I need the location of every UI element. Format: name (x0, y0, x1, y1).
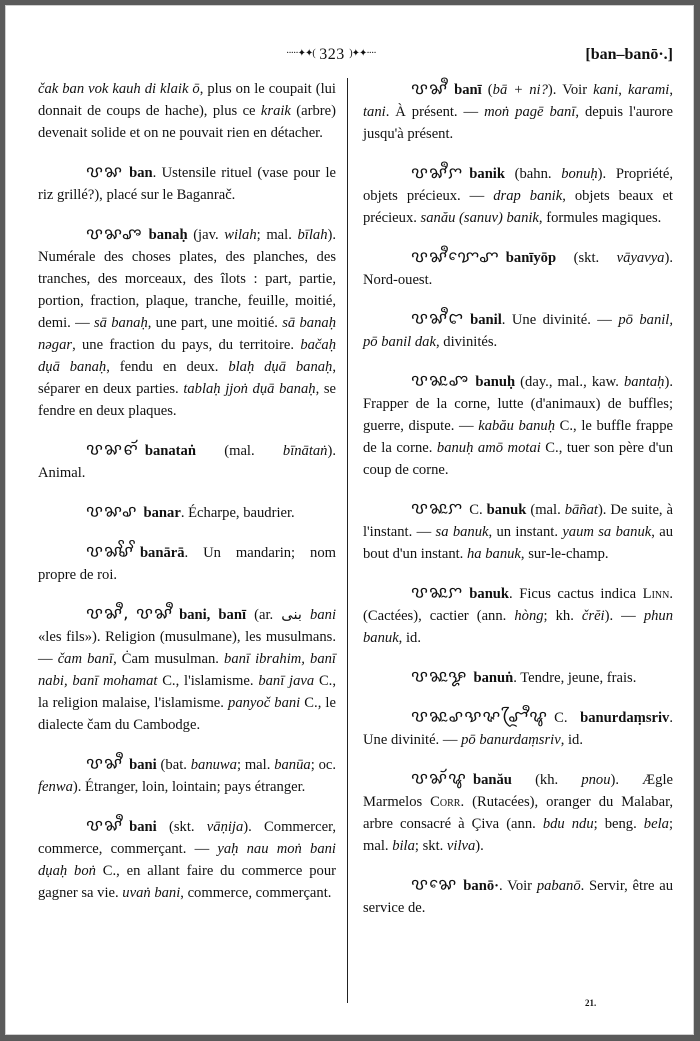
cham-script-headword: ꨝꨗꨭꨋ (387, 667, 467, 688)
headword: banar (144, 505, 181, 521)
definition-text: ; skt. (415, 838, 447, 854)
example-italic: bdu ndu (543, 816, 594, 832)
dictionary-entry-banah: ꨝꨗꨨbanaḥ (jav. wilah; mal. bīlah). Numér… (38, 223, 336, 422)
definition-text: ; kh. (544, 608, 582, 624)
definition-text: , (669, 82, 673, 98)
dictionary-entry-banik: ꨝꨗꨫꨆbanik (bahn. bonuḥ). Propriété, obje… (363, 162, 673, 229)
definition-text: , sur-le-champ. (521, 546, 609, 562)
page-header: ·····✦✦( 323 )✦✦···· [ban–banō·.] (6, 46, 693, 72)
headword: banuṅ (473, 670, 513, 686)
dictionary-entry-banuk-ficus: ꨝꨗꨭꨆbanuk. Ficus cactus indica Linn. (Ca… (363, 582, 673, 649)
example-italic: vilva (447, 838, 475, 854)
dictionary-entry-bani-present: ꨝꨗꨫbanī (bā + ni?). Voir kani, karami, t… (363, 78, 673, 145)
example-italic: bāñat (565, 502, 598, 518)
example-italic: črĕi (582, 608, 605, 624)
dictionary-entry-banatan: ꨝꨗꨓꨮbanataṅ (mal. bīnātaṅ). Animal. (38, 439, 336, 484)
example-italic: vāyavya (617, 250, 665, 266)
example-italic: banūa (274, 757, 310, 773)
example-italic: bani (310, 607, 336, 623)
example-italic: bila (392, 838, 415, 854)
definition-text: ). (475, 838, 484, 854)
headword: banō· (463, 878, 499, 894)
dictionary-entry-baniyop: ꨝꨗꨫꨢꨯꨚbanīyōp (skt. vāyavya). Nord-ouest… (363, 246, 673, 291)
definition-text: ). Étranger, loin, lointain; pays étrang… (73, 779, 305, 795)
example-italic: pō banurdaṃsriv (461, 732, 561, 748)
headword: bani (129, 757, 157, 773)
example-italic: pnou (581, 772, 610, 788)
left-column: čak ban vok kauh di klaik ō, plus on le … (38, 78, 336, 921)
definition-text: ; beng. (594, 816, 644, 832)
example-italic: uvaṅ bani (122, 885, 180, 901)
example-italic: kani (593, 82, 618, 98)
example-italic: bā + ni? (493, 82, 548, 98)
definition-text: . Ficus cactus indica (509, 586, 643, 602)
dictionary-entry-cont: čak ban vok kauh di klaik ō, plus on le … (38, 78, 336, 144)
dictionary-entry-banuh: ꨝꨗꨭꨨbanuḥ (day., mal., kaw. bantaḥ). Fra… (363, 370, 673, 481)
cham-script-headword: ꨝꨗꨫꨤ (387, 309, 464, 330)
dictionary-entry-banar: ꨝꨗꨣbanar. Écharpe, baudrier. (38, 501, 336, 524)
running-head: [ban–banō·.] (585, 46, 673, 64)
dictionary-entry-ban: ꨝꨗban. Ustensile rituel (vase pour le ri… (38, 161, 336, 206)
headword: banuk (487, 502, 527, 518)
definition-text: , id. (399, 630, 421, 646)
cham-script-headword: ꨝꨗꨓꨮ (62, 440, 139, 461)
example-italic: bīnātaṅ (283, 443, 328, 459)
cham-script-headword: ꨝꨗꨭꨣꨕꨟꨧꨴꨫꨥ (387, 707, 548, 728)
cham-script-headword: ꨝꨗꨭꨆ (387, 499, 463, 520)
example-italic: čak ban vok kauh di klaik ō (38, 81, 200, 97)
example-italic: tablaḥ jjoṅ dụā banaḥ (183, 381, 315, 397)
example-italic: panyoč bani (228, 695, 300, 711)
cham-script-headword: ꨝꨗꨭꨆ (387, 583, 463, 604)
definition-text: , une part, une moitié. (148, 315, 283, 331)
definition-text: . Une divinité. — (502, 312, 619, 328)
definition-text: , un instant. (489, 524, 563, 540)
definition-text: , commerce, commerçant. (180, 885, 331, 901)
definition-text: , Ċam musulman. (113, 651, 224, 667)
example-italic: sa banuk (436, 524, 489, 540)
definition-text: (kh. (512, 772, 581, 788)
definition-text: (bat. (157, 757, 191, 773)
example-italic: blaḥ dụā banaḥ (228, 359, 332, 375)
definition-text: C. (469, 502, 486, 518)
cham-script-headword: ꨝꨗꨩꨣꨩ (62, 542, 134, 563)
page-sheet: ·····✦✦( 323 )✦✦···· [ban–banō·.] čak ba… (5, 5, 694, 1035)
example-italic: tani (363, 104, 386, 120)
dictionary-entry-bano: ꨝꨗꨯbanō·. Voir pabanō. Servir, être au s… (363, 874, 673, 919)
headword: banurdaṃsriv (580, 710, 669, 726)
definition-text: . À présent. — (386, 104, 484, 120)
headword: bani, banī (179, 607, 246, 623)
dictionary-entry-banun: ꨝꨗꨭꨋbanuṅ. Tendre, jeune, frais. (363, 666, 673, 689)
example-italic: banuḥ amō motai (437, 440, 541, 456)
example-italic: bonuḥ (561, 166, 597, 182)
definition-text: , une fraction du pays, du territoire. (72, 337, 300, 353)
definition-text: (mal. (196, 443, 283, 459)
definition-text: (jav. (188, 227, 225, 243)
cham-script-headword: ꨝꨗ (62, 162, 123, 183)
definition-text: (day., mal., kaw. (515, 374, 624, 390)
signature-mark: 21. (585, 998, 596, 1008)
definition-text: ; oc. (311, 757, 336, 773)
example-italic: wilah (224, 227, 256, 243)
example-italic: drap banik (493, 188, 562, 204)
example-italic: kabău banuḥ (478, 418, 555, 434)
headword: banău (473, 772, 512, 788)
dictionary-entry-bani-commerce: ꨝꨗꨫbani (skt. vāṇija). Commercer, commer… (38, 815, 336, 904)
definition-text: ). — (605, 608, 644, 624)
right-column: ꨝꨗꨫbanī (bā + ni?). Voir kani, karami, t… (363, 78, 673, 936)
definition-text: C. (554, 710, 580, 726)
definition-text: ; mal. (257, 227, 298, 243)
headword: banik (469, 166, 505, 182)
cham-script-headword: ꨝꨗꨫ (387, 79, 448, 100)
definition-text: (mal. (526, 502, 564, 518)
headword: banārā (140, 545, 185, 561)
definition-text: . Écharpe, baudrier. (181, 505, 295, 521)
definition-text: (ar. بنى (246, 607, 310, 623)
ornament-left-icon: ·····✦✦( (286, 48, 315, 59)
page-number-value: 323 (319, 46, 345, 63)
dictionary-entry-banara: ꨝꨗꨩꨣꨩbanārā. Un mandarin; nom propre de … (38, 541, 336, 586)
definition-text: (bahn. (505, 166, 561, 182)
column-divider (347, 78, 348, 1003)
headword: ban (129, 165, 153, 181)
headword: banī (454, 82, 482, 98)
definition-text: , formules magiques. (539, 210, 661, 226)
headword: banuḥ (475, 374, 515, 390)
dictionary-entry-banau: ꨝꨗꨮꨥbanău (kh. pnou). Ægle Marmelos Corr… (363, 768, 673, 857)
authority-smallcaps: Corr. (430, 794, 464, 810)
dictionary-entry-banurdamsriv: ꨝꨗꨭꨣꨕꨟꨧꨴꨫꨥC. banurdaṃsriv. Une divinité.… (363, 706, 673, 751)
cham-script-headword: ꨝꨗꨣ (62, 502, 138, 523)
dictionary-entry-bani-religion: ꨝꨗꨫ, ꨝꨗꨫbani, banī (ar. بنى bani «les fi… (38, 603, 336, 736)
example-italic: moṅ pagē banī (484, 104, 575, 120)
authority-smallcaps: Linn. (643, 586, 673, 602)
dictionary-entry-bani-etranger: ꨝꨗꨫbani (bat. banuwa; mal. banūa; oc. fe… (38, 753, 336, 798)
example-italic: yaum sa banuk (562, 524, 651, 540)
definition-text: ( (482, 82, 493, 98)
definition-text: (skt. (556, 250, 617, 266)
example-italic: čam banī (58, 651, 113, 667)
headword: banuk (469, 586, 509, 602)
example-italic: bela (644, 816, 669, 832)
headword: banataṅ (145, 443, 196, 459)
definition-text: , divinités. (436, 334, 497, 350)
headword: banil (470, 312, 502, 328)
headword: bani (129, 819, 157, 835)
example-italic: bīlah (298, 227, 328, 243)
cham-script-headword: ꨝꨗꨭꨨ (387, 371, 469, 392)
example-italic: hòng (514, 608, 543, 624)
example-italic: fenwa (38, 779, 73, 795)
example-italic: sā banaḥ (94, 315, 148, 331)
example-italic: banuwa (191, 757, 237, 773)
example-italic: vāṇija (207, 819, 243, 835)
definition-text: (skt. (157, 819, 207, 835)
definition-text: , fendu en deux. (106, 359, 228, 375)
dictionary-entry-banil: ꨝꨗꨫꨤbanil. Une divinité. — pō banil, pō … (363, 308, 673, 353)
cham-script-headword: ꨝꨗꨫ (62, 754, 123, 775)
definition-text: ; mal. (237, 757, 274, 773)
headword: banaḥ (149, 227, 188, 243)
cham-script-headword: ꨝꨗꨫ, ꨝꨗꨫ (62, 604, 173, 625)
dictionary-entry-banuk-instant: ꨝꨗꨭꨆC. banuk (mal. bāñat). De suite, à l… (363, 498, 673, 565)
ornament-right-icon: )✦✦···· (349, 48, 375, 59)
example-italic: banī java (258, 673, 314, 689)
definition-text: . Tendre, jeune, frais. (513, 670, 636, 686)
cham-script-headword: ꨝꨗꨫ (62, 816, 123, 837)
definition-text: , (618, 82, 628, 98)
definition-text: , id. (561, 732, 583, 748)
example-italic: kraik (261, 103, 291, 119)
cham-script-headword: ꨝꨗꨫꨆ (387, 163, 463, 184)
example-italic: bantaḥ (624, 374, 665, 390)
example-italic: ha banuk (467, 546, 521, 562)
page-number: ·····✦✦( 323 )✦✦···· (286, 46, 376, 64)
definition-text: ). Voir (548, 82, 593, 98)
example-italic: sanău (sanuv) banik (421, 210, 539, 226)
cham-script-headword: ꨝꨗꨮꨥ (387, 769, 467, 790)
definition-text: C., l'islamisme. (157, 673, 258, 689)
example-italic: karami (628, 82, 669, 98)
example-italic: pabanō (537, 878, 581, 894)
headword: banīyōp (506, 250, 556, 266)
definition-text: . Voir (499, 878, 537, 894)
definition-text: (Cactées), cactier (ann. (363, 608, 514, 624)
cham-script-headword: ꨝꨗꨯ (387, 875, 457, 896)
cham-script-headword: ꨝꨗꨨ (62, 224, 143, 245)
cham-script-headword: ꨝꨗꨫꨢꨯꨚ (387, 247, 500, 268)
